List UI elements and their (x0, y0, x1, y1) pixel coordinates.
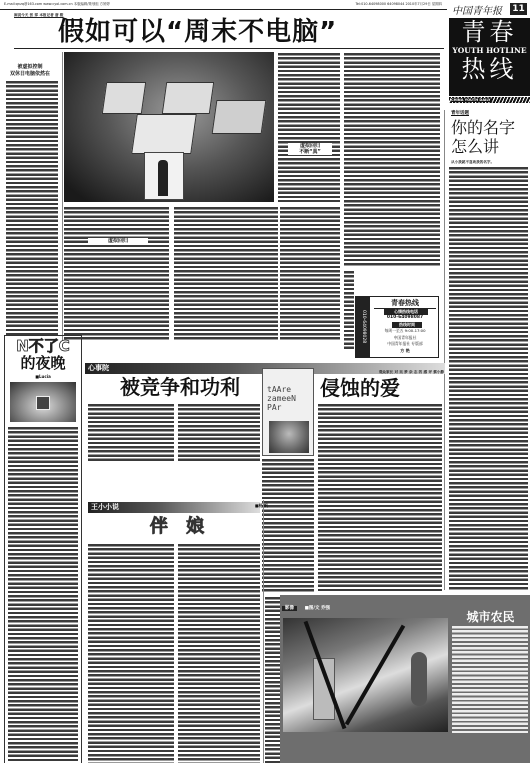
sidebar-tag: 青年话题 (451, 110, 491, 116)
story-text-2 (178, 543, 260, 763)
subhead-a: 虚拟回归 (88, 238, 148, 244)
photo-caption-text (452, 625, 528, 733)
sidebar-intro: 从小我就不喜欢我的名字。 (451, 160, 527, 165)
lead-image (64, 52, 274, 202)
farm-photo (283, 618, 448, 732)
lead-text-col-2 (64, 206, 169, 341)
story-text-1 (88, 543, 174, 763)
story-headline: 伴 娘 (120, 516, 240, 538)
sidebar-text (449, 166, 528, 590)
banner-title-1: 青春 (451, 19, 528, 45)
info-vertical-number: 010-64098028 (356, 297, 370, 357)
lead-text-col-5 (280, 206, 340, 341)
banner-tagline: CHINA YOUTH DAILY (449, 97, 530, 103)
left-feature-headline-1: N不了C (6, 338, 80, 355)
left-feature-text (8, 426, 78, 763)
poster-title: tAAre zameeN PAr (267, 385, 311, 412)
contact-line: E-mail:qnzq@163.com www.cyol.com.cn 本版编辑… (4, 2, 234, 7)
time-value: 每周一至五 9:00-17:00 (374, 328, 436, 334)
info-box-title: 青春热线 (374, 298, 436, 309)
address-line-2: 中国青年报社 专版部 (374, 341, 436, 347)
lead-text-col-3 (174, 206, 278, 341)
hotline-info-box: 青春热线 010-64098028 心情热线电话 010-64098087 热线… (355, 296, 439, 358)
banner-title-2: 热线 (451, 56, 528, 82)
lead-headline: 假如可以“周末不电脑” (58, 18, 438, 46)
heart-headline-left: 被竞争和功利 (120, 375, 270, 399)
heart-text-2 (178, 403, 260, 463)
editor: 方 艳 (374, 348, 436, 354)
lead-text-col-4 (278, 52, 340, 202)
heart-text-1 (88, 403, 174, 463)
heart-byline-bar (320, 362, 445, 367)
story-byline: ■杨 帆 (218, 503, 268, 509)
left-feature-image (10, 382, 76, 422)
hotline-number: 010-64098087 (374, 315, 436, 320)
heart-headline-right: 侵蚀的爱 (320, 376, 440, 400)
masthead: 中国青年报 (452, 2, 502, 16)
date-line: Tel:010-64098000 64098044 2010年7月29日 星期四 (292, 2, 442, 7)
photo-section-header: 影像 ■图/文 乔强 (282, 605, 402, 613)
lead-text-col-6 (344, 52, 440, 267)
heart-text-4 (262, 458, 314, 593)
sidebar-headline: 你的名字怎么讲 (451, 118, 527, 156)
section-banner: 青春 YOUTH HOTLINE 热线 (449, 18, 530, 96)
kicker: 被虚拟控制 双休日电脑依然在 (6, 64, 54, 77)
banner-subtitle: YOUTH HOTLINE (449, 46, 530, 55)
lead-text-col-6b (344, 270, 354, 350)
left-feature-byline: ■Lucia (6, 374, 80, 379)
movie-poster: tAAre zameeN PAr (262, 368, 314, 456)
photo-headline: 城市农民 (453, 608, 528, 625)
left-feature-headline-2: 的夜晚 (6, 355, 80, 372)
lead-text-col-1 (6, 80, 58, 335)
subhead-b: 虚拟回归 不断“真” (288, 143, 332, 155)
page-number: 11 (510, 3, 527, 15)
story-text-3 (265, 596, 281, 763)
heart-text-3 (318, 403, 442, 593)
